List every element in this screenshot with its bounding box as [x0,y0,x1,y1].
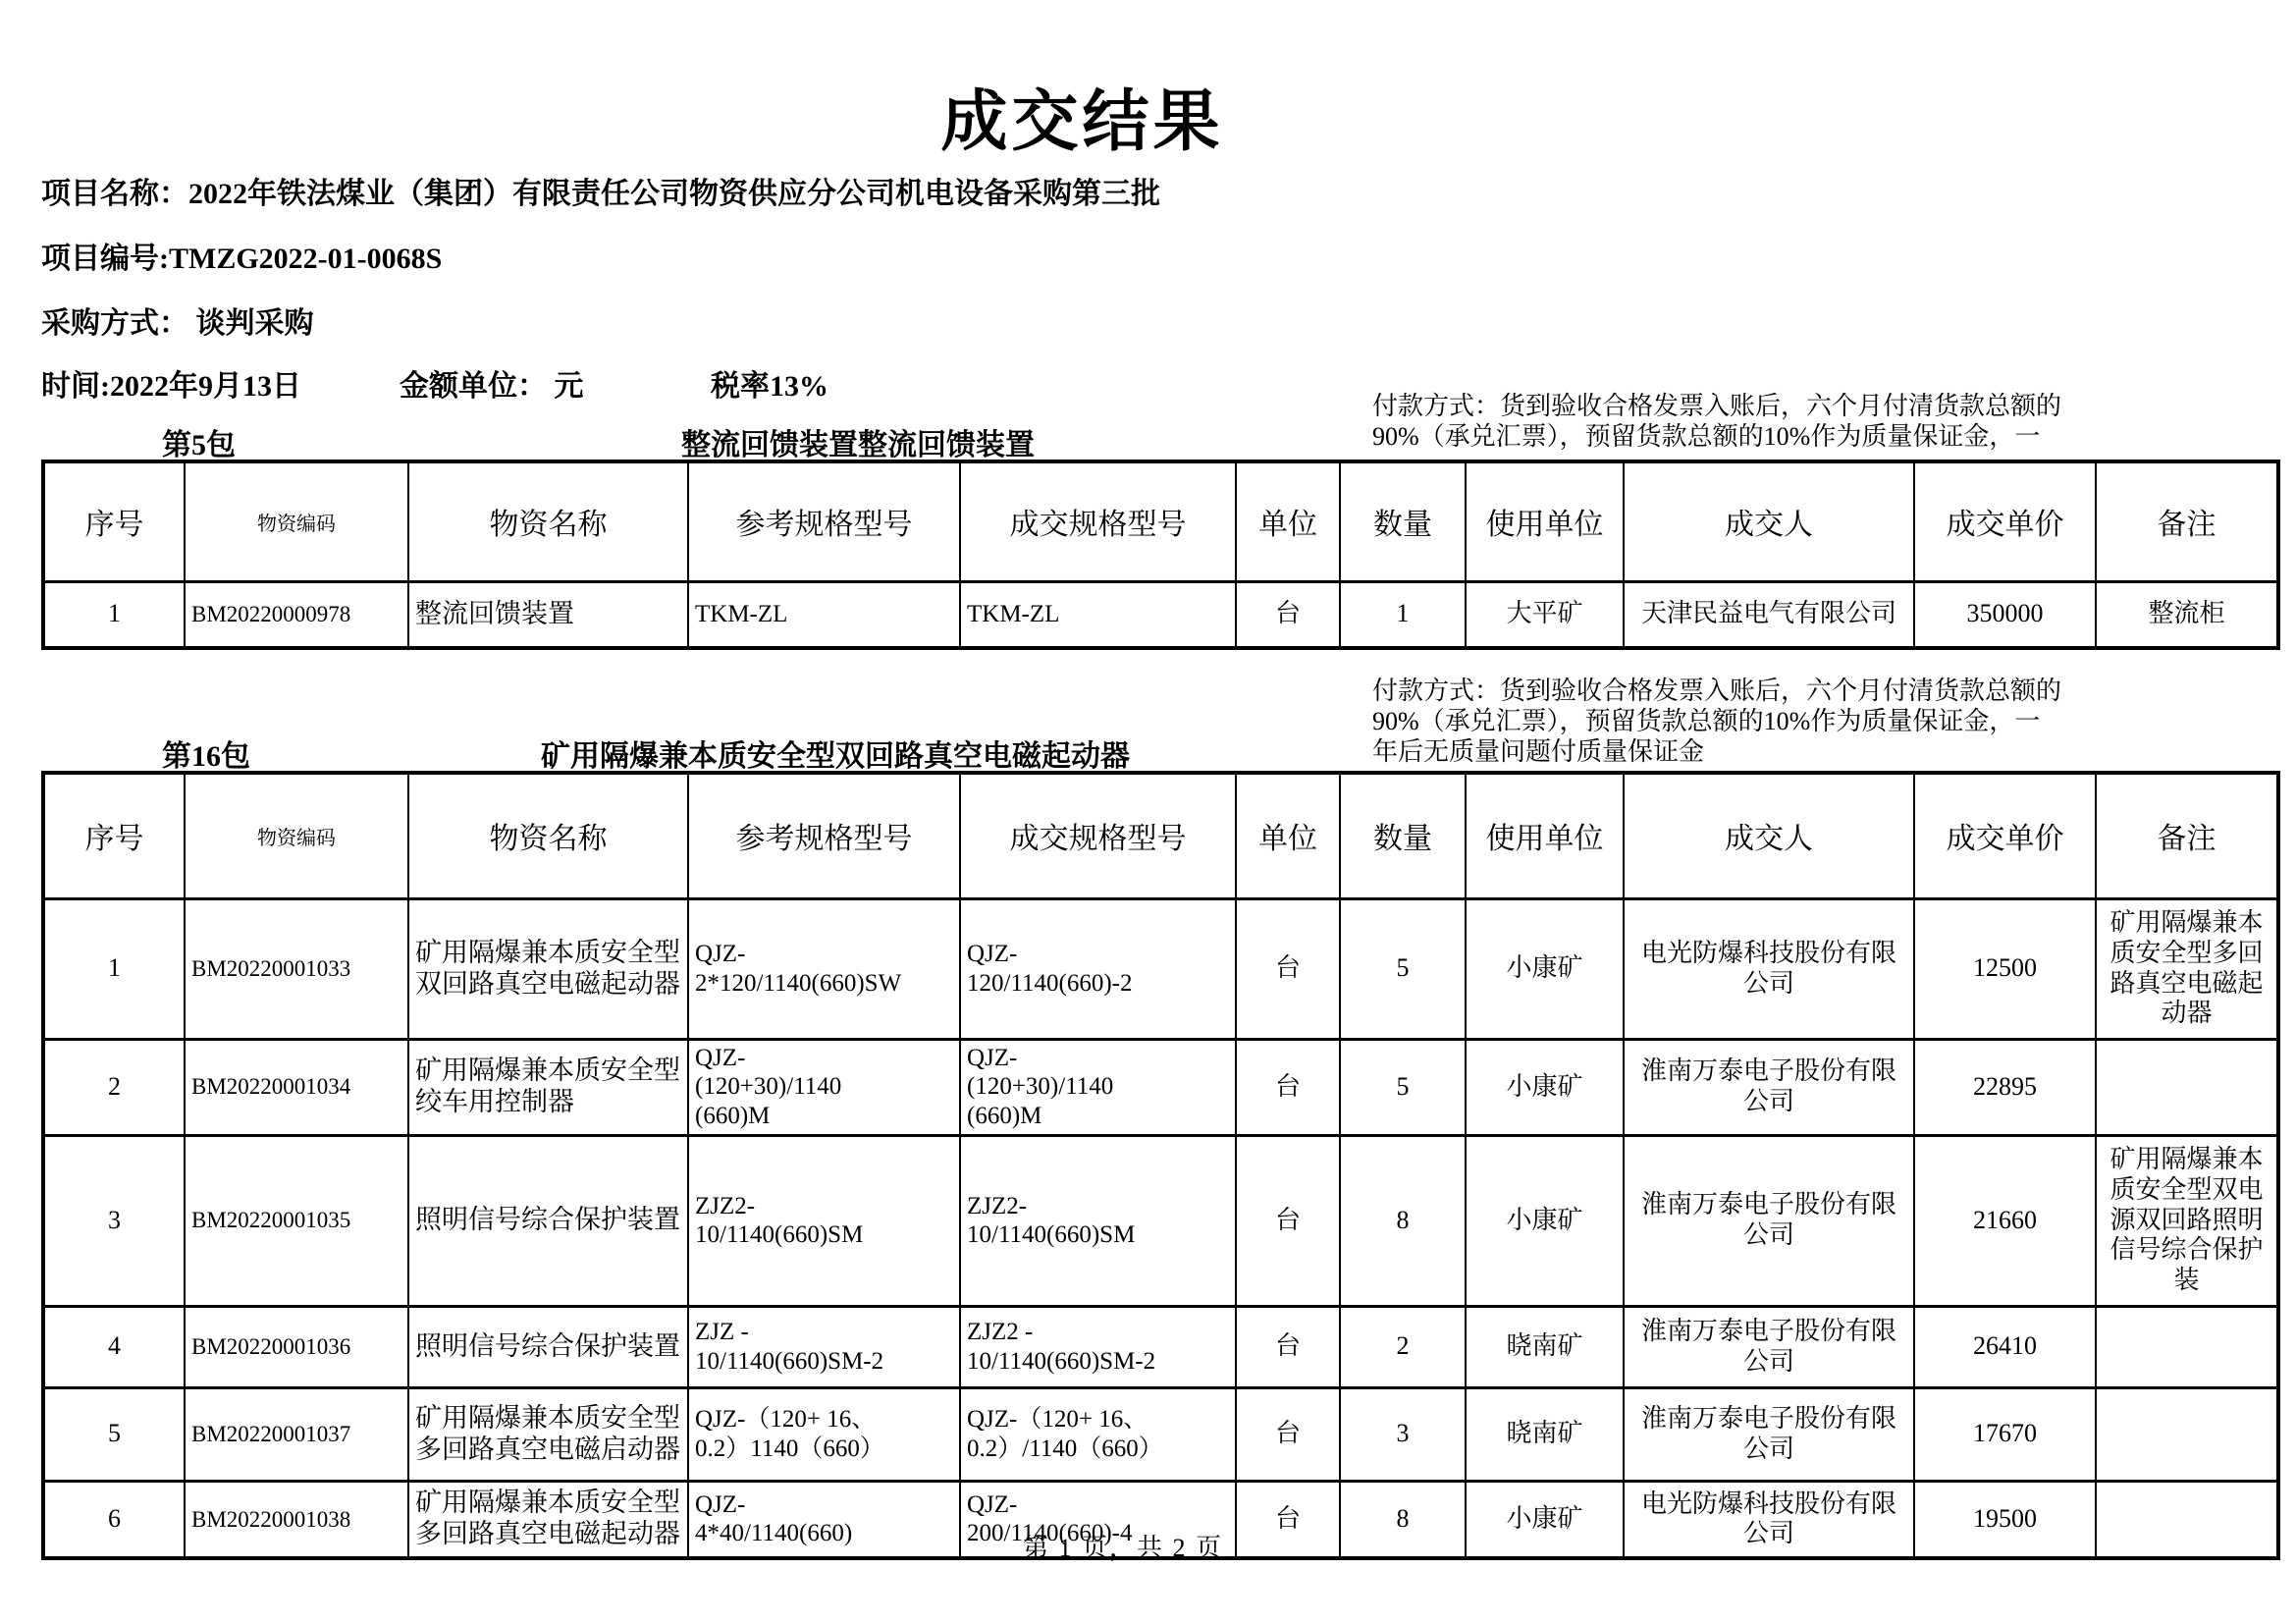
table-cell: 5 [43,1387,185,1481]
table-cell: BM20220001037 [185,1387,408,1481]
table-cell: 19500 [1914,1481,2096,1558]
table-cell: 小康矿 [1466,1135,1624,1306]
table-cell: 大平矿 [1466,581,1624,648]
table-cell: BM20220001033 [185,898,408,1039]
table-cell [2096,1387,2278,1481]
table-cell: 淮南万泰电子股份有限公司 [1624,1306,1914,1387]
table-cell: 12500 [1914,898,2096,1039]
column-header: 成交规格型号 [960,461,1236,581]
column-header: 单位 [1236,461,1340,581]
table-cell: 矿用隔爆兼本质安全型多回路真空电磁起动器 [408,1481,688,1558]
table-cell: 矿用隔爆兼本质安全型双回路真空电磁起动器 [408,898,688,1039]
table-cell: 矿用隔爆兼本质安全型双电源双回路照明信号综合保护装 [2096,1135,2278,1306]
table-cell: 2 [1340,1306,1466,1387]
table-cell: 淮南万泰电子股份有限公司 [1624,1135,1914,1306]
table-cell: 6 [43,1481,185,1558]
column-header: 物资编码 [185,461,408,581]
table-cell: 26410 [1914,1306,2096,1387]
table-header-row: 序号物资编码物资名称参考规格型号成交规格型号单位数量使用单位成交人成交单价备注 [43,461,2278,581]
column-header: 成交人 [1624,773,1914,898]
table-cell: BM20220001034 [185,1039,408,1135]
table-cell: 晓南矿 [1466,1306,1624,1387]
table-cell: ZJZ2- 10/1140(660)SM [688,1135,960,1306]
table-cell: 整流回馈装置 [408,581,688,648]
table-cell: 2 [43,1039,185,1135]
tax-rate-label: 税率13% [711,361,828,405]
table-cell: 21660 [1914,1135,2096,1306]
table-cell: 电光防爆科技股份有限公司 [1624,1481,1914,1558]
table-cell: QJZ-（120+ 16、 0.2）1140（660） [688,1387,960,1481]
table-cell: ZJZ2- 10/1140(660)SM [960,1135,1236,1306]
table-row: 4BM20220001036照明信号综合保护装置ZJZ - 10/1140(66… [43,1306,2278,1387]
table-cell: QJZ- (120+30)/1140 (660)M [960,1039,1236,1135]
document-page: 成交结果 项目名称：2022年铁法煤业（集团）有限责任公司物资供应分公司机电设备… [0,0,2296,1624]
package5-title: 整流回馈装置整流回馈装置 [681,420,1035,463]
column-header: 成交规格型号 [960,773,1236,898]
table-cell: 1 [1340,581,1466,648]
column-header: 使用单位 [1466,773,1624,898]
table-cell: QJZ- 2*120/1140(660)SW [688,898,960,1039]
table-cell: 矿用隔爆兼本质安全型多回路真空电磁起动器 [2096,898,2278,1039]
table-row: 1BM20220001033矿用隔爆兼本质安全型双回路真空电磁起动器QJZ- 2… [43,898,2278,1039]
table-header-row: 序号物资编码物资名称参考规格型号成交规格型号单位数量使用单位成交人成交单价备注 [43,773,2278,898]
date-label: 时间:2022年9月13日 [41,361,301,405]
table-cell: 台 [1236,1306,1340,1387]
table-cell: 8 [1340,1135,1466,1306]
column-header: 使用单位 [1466,461,1624,581]
table-cell: 晓南矿 [1466,1387,1624,1481]
table-cell: 小康矿 [1466,898,1624,1039]
table-cell: BM20220001035 [185,1135,408,1306]
table-cell: 台 [1236,1387,1340,1481]
package16-table: 序号物资编码物资名称参考规格型号成交规格型号单位数量使用单位成交人成交单价备注 … [41,771,2280,1560]
table-cell: QJZ- 120/1140(660)-2 [960,898,1236,1039]
table-cell: 整流柜 [2096,581,2278,648]
payment-note-package5: 付款方式：货到验收合格发票入账后，六个月付清货款总额的 90%（承兑汇票），预留… [1372,391,2148,452]
table-cell: 350000 [1914,581,2096,648]
table-cell: ZJZ - 10/1140(660)SM-2 [688,1306,960,1387]
table-cell: 照明信号综合保护装置 [408,1135,688,1306]
table-cell: 台 [1236,898,1340,1039]
table-cell: BM20220001038 [185,1481,408,1558]
table-cell [2096,1481,2278,1558]
table-cell: 电光防爆科技股份有限公司 [1624,898,1914,1039]
table-cell: QJZ- (120+30)/1140 (660)M [688,1039,960,1135]
table-cell: 矿用隔爆兼本质安全型绞车用控制器 [408,1039,688,1135]
column-header: 参考规格型号 [688,773,960,898]
table-cell: 22895 [1914,1039,2096,1135]
column-header: 参考规格型号 [688,461,960,581]
column-header: 物资名称 [408,773,688,898]
package5-table: 序号物资编码物资名称参考规格型号成交规格型号单位数量使用单位成交人成交单价备注 … [41,460,2280,650]
column-header: 序号 [43,773,185,898]
table-cell: 1 [43,898,185,1039]
table-cell: QJZ- 4*40/1140(660) [688,1481,960,1558]
column-header: 备注 [2096,461,2278,581]
table-cell: 台 [1236,1135,1340,1306]
table-cell: QJZ-（120+ 16、 0.2）/1140（660） [960,1387,1236,1481]
table-cell: 淮南万泰电子股份有限公司 [1624,1387,1914,1481]
table-cell: 台 [1236,1481,1340,1558]
table-row: 1BM20220000978整流回馈装置TKM-ZLTKM-ZL台1大平矿天津民… [43,581,2278,648]
package16-label: 第16包 [162,731,250,775]
table-cell: BM20220000978 [185,581,408,648]
project-number: 项目编号:TMZG2022-01-0068S [41,234,442,277]
table-cell [2096,1039,2278,1135]
column-header: 成交单价 [1914,773,2096,898]
table-cell: 3 [1340,1387,1466,1481]
table-cell: 矿用隔爆兼本质安全型多回路真空电磁启动器 [408,1387,688,1481]
table-cell: 照明信号综合保护装置 [408,1306,688,1387]
amount-unit-label: 金额单位： 元 [400,361,584,405]
table-cell: 台 [1236,1039,1340,1135]
table-cell: 小康矿 [1466,1039,1624,1135]
table-cell: TKM-ZL [688,581,960,648]
column-header: 数量 [1340,773,1466,898]
table-cell: 4 [43,1306,185,1387]
column-header: 序号 [43,461,185,581]
column-header: 物资编码 [185,773,408,898]
column-header: 成交人 [1624,461,1914,581]
table-cell: 1 [43,581,185,648]
table-cell: TKM-ZL [960,581,1236,648]
page-title: 成交结果 [41,69,2123,164]
payment-note-package16: 付款方式：货到验收合格发票入账后，六个月付清货款总额的 90%（承兑汇票），预留… [1372,676,2148,767]
table-cell: BM20220001036 [185,1306,408,1387]
column-header: 单位 [1236,773,1340,898]
table-cell: 淮南万泰电子股份有限公司 [1624,1039,1914,1135]
table-cell: 天津民益电气有限公司 [1624,581,1914,648]
table-cell: 5 [1340,898,1466,1039]
project-name: 项目名称：2022年铁法煤业（集团）有限责任公司物资供应分公司机电设备采购第三批 [41,169,1160,212]
table-cell: 17670 [1914,1387,2096,1481]
table-cell: 8 [1340,1481,1466,1558]
column-header: 数量 [1340,461,1466,581]
table-cell: 台 [1236,581,1340,648]
table-row: 5BM20220001037矿用隔爆兼本质安全型多回路真空电磁启动器QJZ-（1… [43,1387,2278,1481]
table-cell: ZJZ2 - 10/1140(660)SM-2 [960,1306,1236,1387]
table-cell [2096,1306,2278,1387]
table-cell: 5 [1340,1039,1466,1135]
package16-title: 矿用隔爆兼本质安全型双回路真空电磁起动器 [541,731,1130,775]
table-cell: 小康矿 [1466,1481,1624,1558]
column-header: 成交单价 [1914,461,2096,581]
column-header: 物资名称 [408,461,688,581]
table-row: 2BM20220001034矿用隔爆兼本质安全型绞车用控制器QJZ- (120+… [43,1039,2278,1135]
table-row: 3BM20220001035照明信号综合保护装置ZJZ2- 10/1140(66… [43,1135,2278,1306]
package5-label: 第5包 [162,420,236,463]
column-header: 备注 [2096,773,2278,898]
purchase-method: 采购方式： 谈判采购 [41,298,314,342]
page-number-info: 第 1 页，共 2 页 [1023,1528,1223,1564]
table-cell: 3 [43,1135,185,1306]
